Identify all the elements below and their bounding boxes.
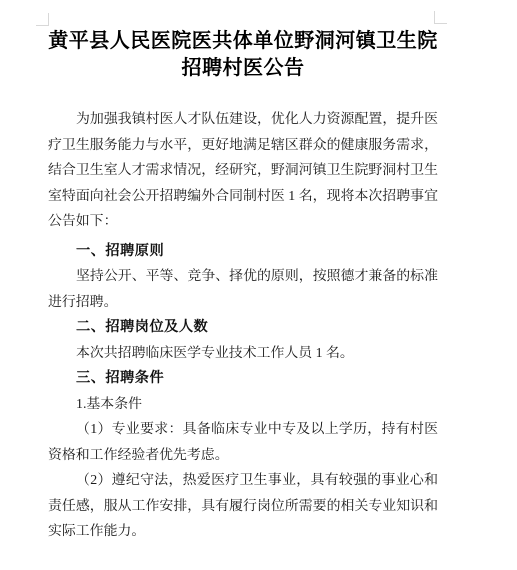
section-heading: 三、招聘条件 — [48, 366, 438, 392]
text-line: 二、招聘岗位及人数 — [48, 315, 438, 341]
document-title: 黄平县人民医院医共体单位野洞河镇卫生院 招聘村医公告 — [48, 28, 438, 82]
document-body: 为加强我镇村医人才队伍建设，优化人力资源配置，提升医疗卫生服务能力与水平，更好地… — [48, 107, 438, 545]
text-line: 为加强我镇村医人才队伍建设，优化人力资源配置，提升医 — [48, 107, 438, 133]
text-line: 坚持公开、平等、竞争、择优的原则，按照德才兼备的标准 — [48, 264, 438, 290]
text-line: 实际工作能力。 — [48, 519, 438, 545]
document-page: 黄平县人民医院医共体单位野洞河镇卫生院 招聘村医公告 为加强我镇村医人才队伍建设… — [0, 0, 517, 570]
document-title-line-2: 招聘村医公告 — [48, 55, 438, 82]
text-line: 资格和工作经验者优先考虑。 — [48, 443, 438, 469]
text-line: 室特面向社会公开招聘编外合同制村医 1 名，现将本次招聘事宜 — [48, 184, 438, 210]
paragraph: 1.基本条件 — [48, 392, 438, 418]
text-line: 本次共招聘临床医学专业技术工作人员 1 名。 — [48, 341, 438, 367]
text-boundary-mark-top-left — [36, 13, 49, 26]
text-line: （1）专业要求：具备临床专业中专及以上学历，持有村医 — [48, 417, 438, 443]
paragraph: 为加强我镇村医人才队伍建设，优化人力资源配置，提升医疗卫生服务能力与水平，更好地… — [48, 107, 438, 235]
text-line: 疗卫生服务能力与水平，更好地满足辖区群众的健康服务需求， — [48, 133, 438, 159]
paragraph: 本次共招聘临床医学专业技术工作人员 1 名。 — [48, 341, 438, 367]
document-title-line-1: 黄平县人民医院医共体单位野洞河镇卫生院 — [48, 28, 438, 55]
text-line: 结合卫生室人才需求情况，经研究，野洞河镇卫生院野洞村卫生 — [48, 158, 438, 184]
paragraph: （2）遵纪守法，热爱医疗卫生事业，具有较强的事业心和责任感，服从工作安排，具有履… — [48, 468, 438, 545]
text-line: 公告如下： — [48, 209, 438, 235]
document-text-area: 黄平县人民医院医共体单位野洞河镇卫生院 招聘村医公告 为加强我镇村医人才队伍建设… — [48, 28, 438, 545]
text-line: 一、招聘原则 — [48, 239, 438, 265]
paragraph: 坚持公开、平等、竞争、择优的原则，按照德才兼备的标准进行招聘。 — [48, 264, 438, 315]
section-heading: 二、招聘岗位及人数 — [48, 315, 438, 341]
text-line: 1.基本条件 — [48, 392, 438, 418]
text-line: 责任感，服从工作安排，具有履行岗位所需要的相关专业知识和 — [48, 494, 438, 520]
text-line: 三、招聘条件 — [48, 366, 438, 392]
text-boundary-mark-top-right — [434, 11, 447, 24]
text-line: （2）遵纪守法，热爱医疗卫生事业，具有较强的事业心和 — [48, 468, 438, 494]
paragraph: （1）专业要求：具备临床专业中专及以上学历，持有村医资格和工作经验者优先考虑。 — [48, 417, 438, 468]
section-heading: 一、招聘原则 — [48, 239, 438, 265]
text-line: 进行招聘。 — [48, 290, 438, 316]
